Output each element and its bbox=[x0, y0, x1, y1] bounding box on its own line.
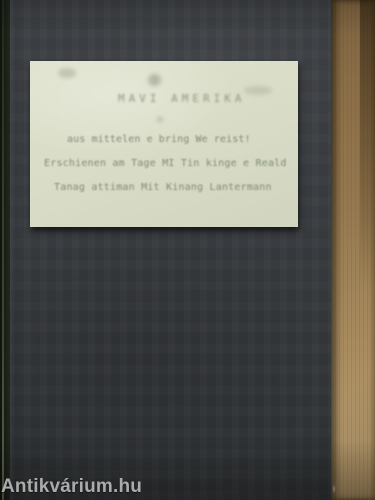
paper-stain bbox=[157, 117, 163, 122]
label-text-line: aus mittelen e bring We reist! bbox=[67, 134, 251, 145]
label-text-line: Tanag attiman Mit Kinang Lantermann bbox=[54, 182, 272, 193]
cover-hinge-highlight bbox=[10, 0, 14, 500]
book-spine-edge bbox=[0, 0, 10, 500]
label-title-text: MAVI AMERIKA bbox=[118, 92, 245, 105]
paper-stain bbox=[148, 74, 161, 86]
book-photo: MAVI AMERIKA aus mittelen e bring We rei… bbox=[0, 0, 375, 500]
paper-stain bbox=[58, 68, 76, 78]
page-block-edge bbox=[331, 0, 375, 500]
label-text-line: Erschienen am Tage MI Tin kinge e Reald bbox=[44, 158, 287, 169]
paper-label: MAVI AMERIKA aus mittelen e bring We rei… bbox=[30, 61, 298, 227]
watermark-antikvarium: Antikvárium.hu bbox=[1, 477, 142, 498]
paper-stain bbox=[244, 86, 272, 95]
